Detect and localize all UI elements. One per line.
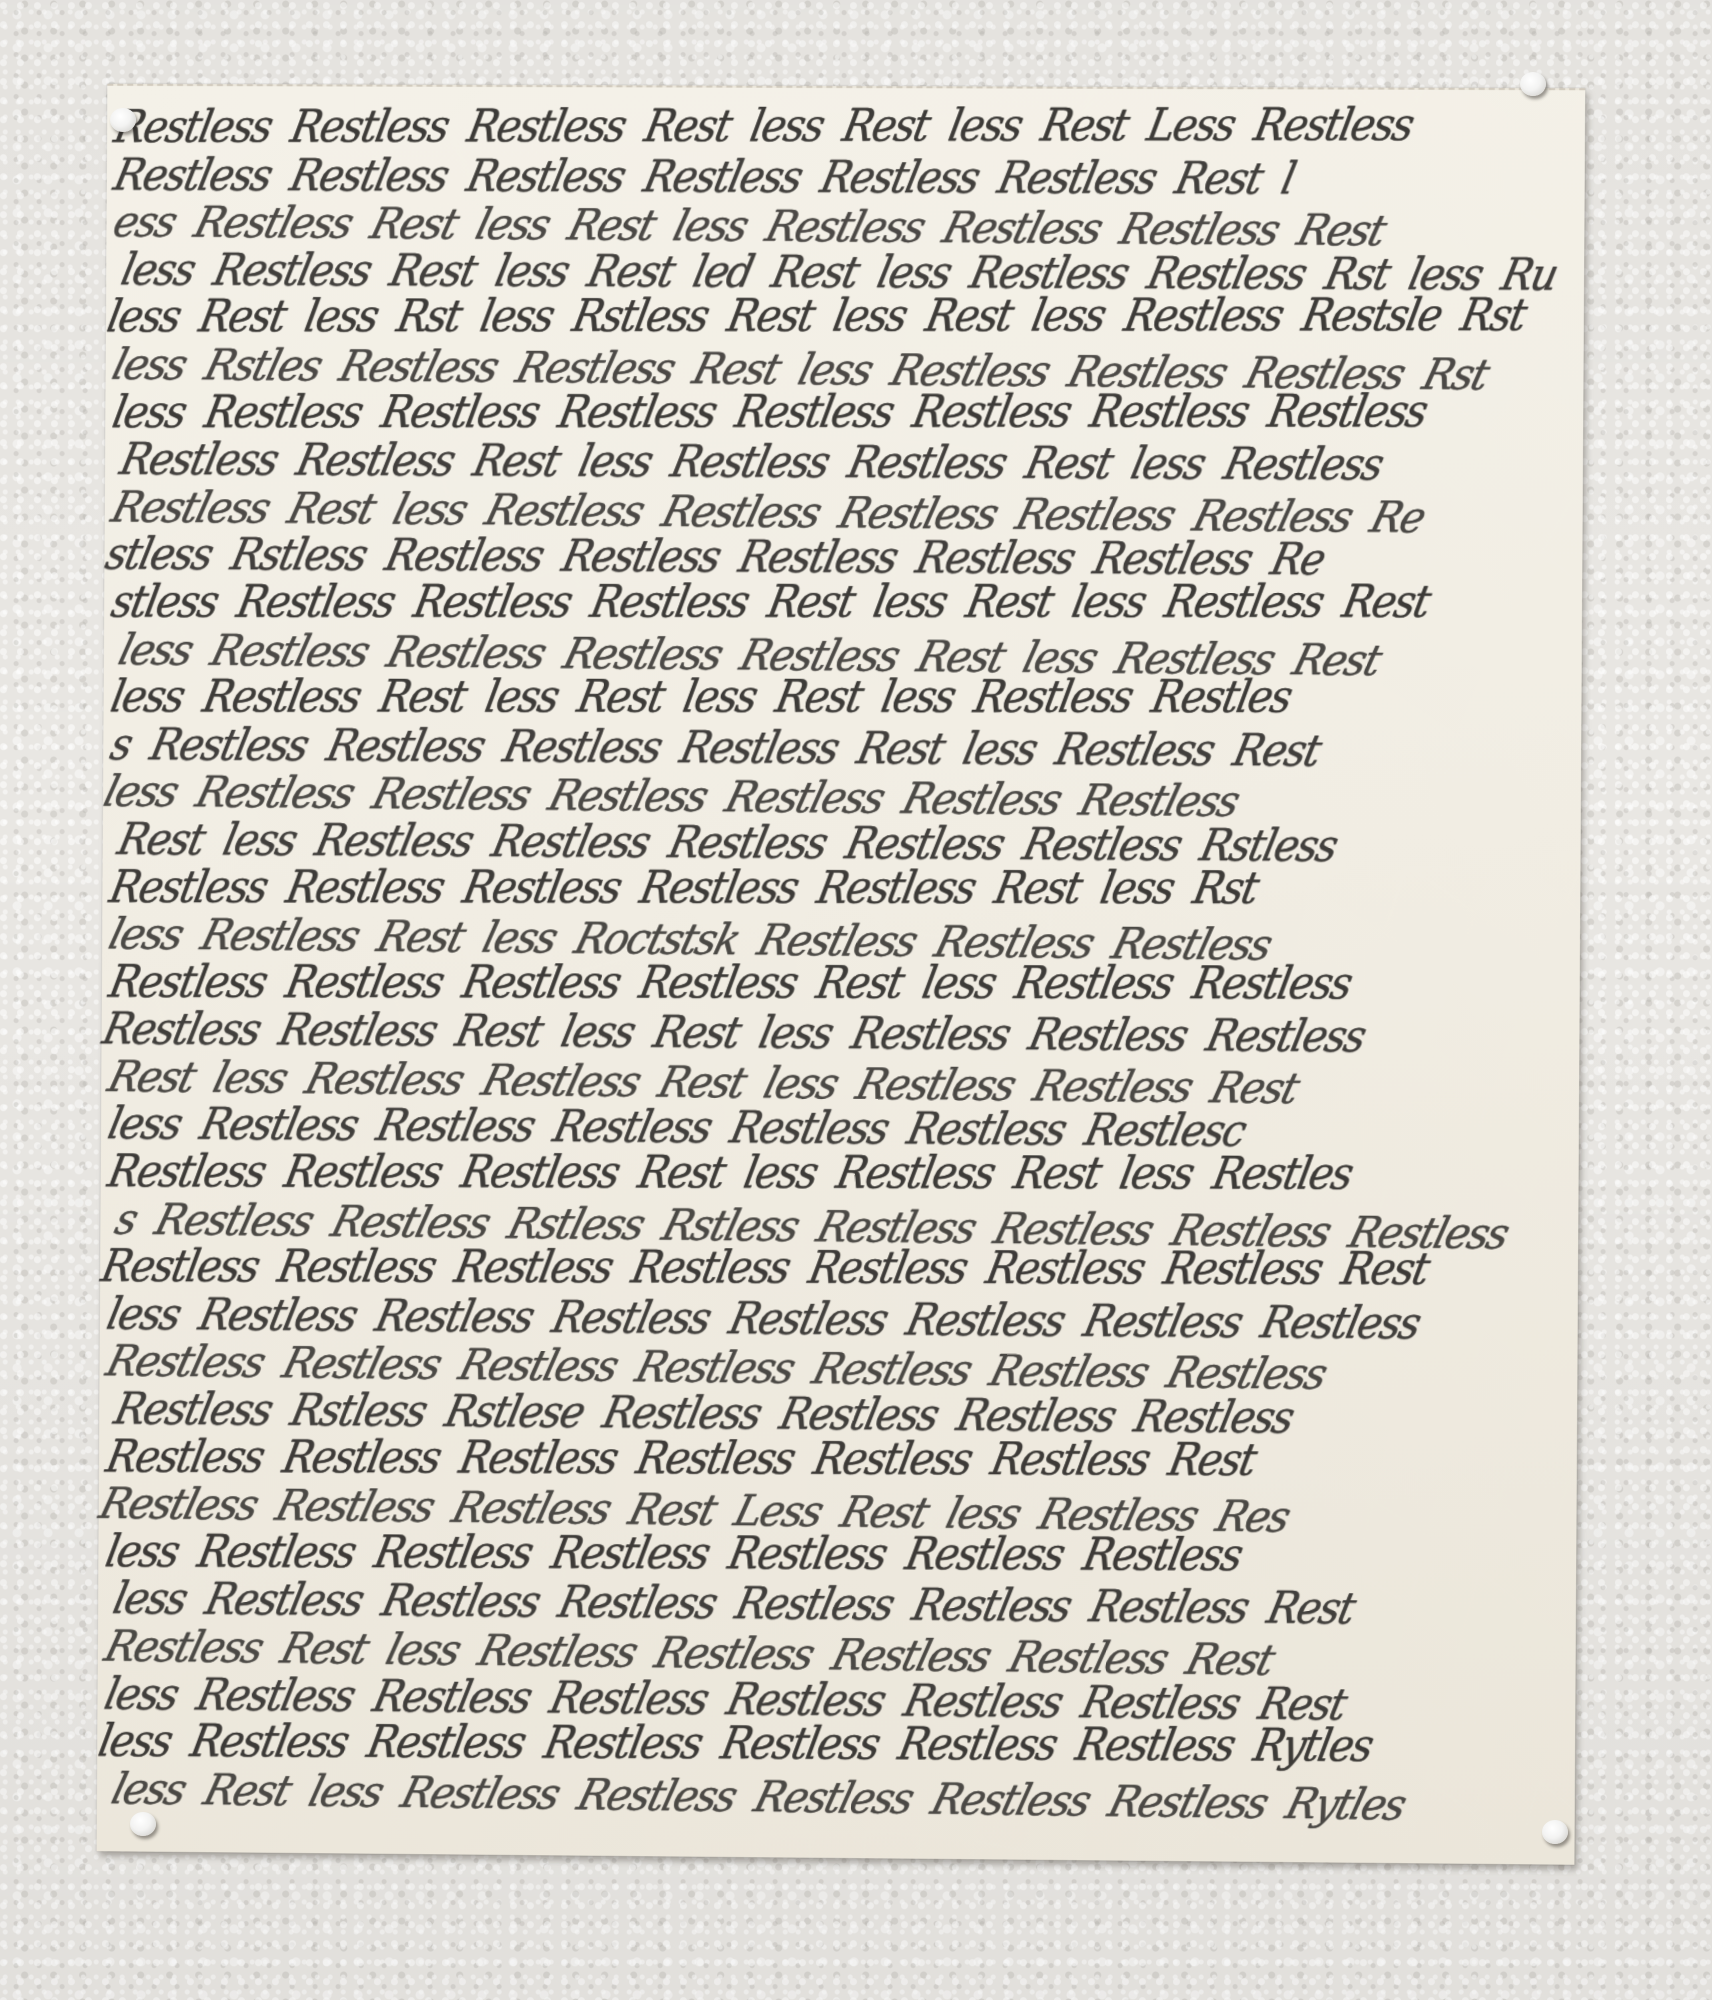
handwriting-line: Restless Restless Restless Rest less Res… bbox=[102, 99, 1592, 154]
handwriting-line: less Rest less Restless Restless Restles… bbox=[91, 1764, 1580, 1833]
handwriting-line: less Restless Restless Restless Restless… bbox=[92, 1715, 1582, 1773]
handwriting-line: less Rest less Rst less Rstless Rest les… bbox=[101, 290, 1591, 344]
pushpin-icon bbox=[110, 108, 136, 132]
handwritten-paper-sheet: Restless Restless Restless Rest less Res… bbox=[97, 84, 1586, 1865]
handwriting-line: less Restless Restless Restless Restless… bbox=[100, 385, 1590, 438]
handwriting-line: Restless Restless Restless Restless Rest… bbox=[97, 861, 1587, 915]
handwriting-line: Restless Restless Restless Restless Rest… bbox=[101, 149, 1590, 205]
pushpin-icon bbox=[130, 1812, 156, 1836]
handwriting-line: Restless Restless Restless Restless Rest… bbox=[97, 956, 1587, 1010]
handwriting-line: less Restless Rest less Rest less Rest l… bbox=[98, 671, 1588, 724]
handwriting-line: Restless Restless Restless Restless Rest… bbox=[95, 1241, 1585, 1297]
handwriting-line: Restless Restless Restless Rest less Res… bbox=[96, 1146, 1586, 1201]
pushpin-icon bbox=[1520, 72, 1546, 96]
handwriting-line: stless Restless Restless Restless Rest l… bbox=[99, 576, 1589, 628]
pushpin-icon bbox=[1542, 1820, 1568, 1844]
handwriting-line: Restless Restless Restless Restless Rest… bbox=[94, 1431, 1584, 1488]
handwriting-lines: Restless Restless Restless Rest less Res… bbox=[97, 104, 1585, 1826]
handwriting-line: Restless Restless Rest less Restless Res… bbox=[99, 434, 1588, 492]
